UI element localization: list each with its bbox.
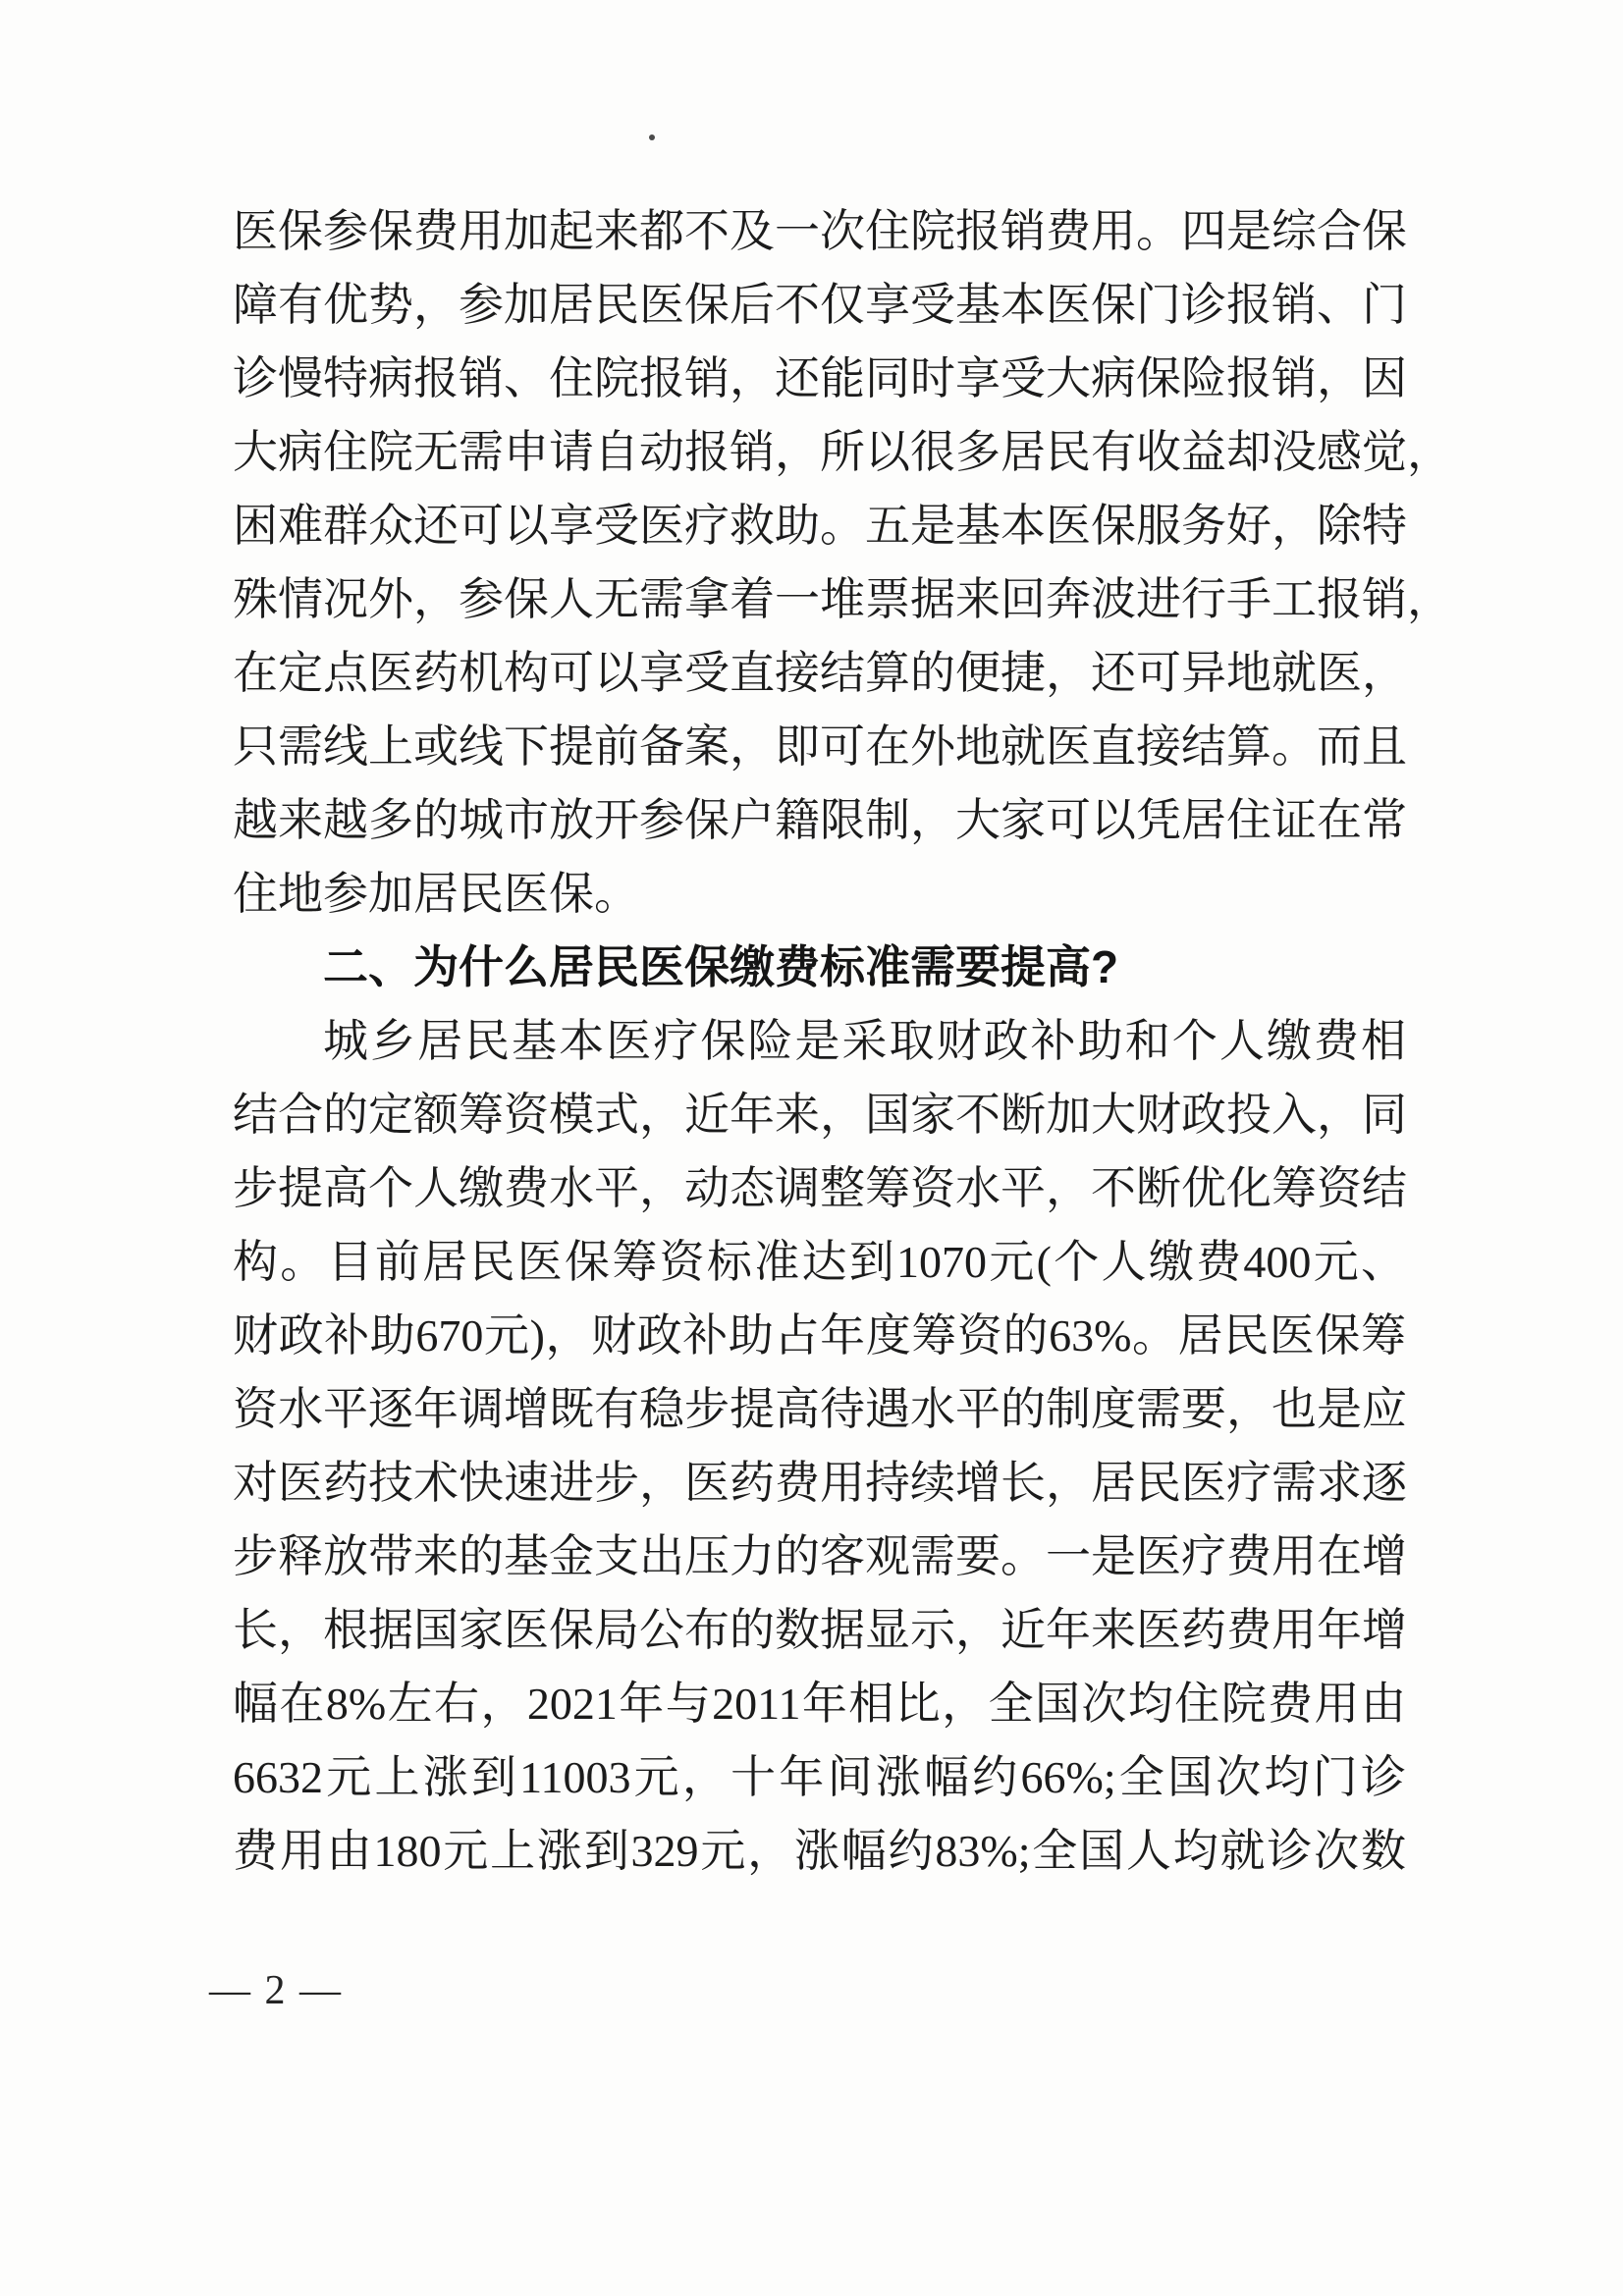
text-line: 资水平逐年调增既有稳步提高待遇水平的制度需要，也是应 xyxy=(233,1372,1406,1446)
text-line: 越来越多的城市放开参保户籍限制，大家可以凭居住证在常 xyxy=(233,783,1406,857)
text-line: 长，根据国家医保局公布的数据显示，近年来医药费用年增 xyxy=(233,1593,1406,1667)
text-line: 殊情况外，参保人无需拿着一堆票据来回奔波进行手工报销， xyxy=(233,562,1406,636)
text-line: 费用由180元上涨到329元，涨幅约83%;全国人均就诊次数 xyxy=(233,1814,1406,1888)
text-line: 结合的定额筹资模式，近年来，国家不断加大财政投入，同 xyxy=(233,1078,1406,1151)
text-line: 医保参保费用加起来都不及一次住院报销费用。四是综合保 xyxy=(233,194,1406,268)
text-line: 住地参加居民医保。 xyxy=(233,857,1406,931)
text-line: 城乡居民基本医疗保险是采取财政补助和个人缴费相 xyxy=(233,1004,1406,1078)
page-number: — 2 — xyxy=(209,1967,343,2014)
text-line: 6632元上涨到11003元，十年间涨幅约66%;全国次均门诊 xyxy=(233,1740,1406,1814)
text-line: 步释放带来的基金支出压力的客观需要。一是医疗费用在增 xyxy=(233,1520,1406,1593)
document-body: 医保参保费用加起来都不及一次住院报销费用。四是综合保 障有优势，参加居民医保后不… xyxy=(233,194,1406,1888)
text-line: 障有优势，参加居民医保后不仅享受基本医保门诊报销、门 xyxy=(233,268,1406,342)
text-line: 诊慢特病报销、住院报销，还能同时享受大病保险报销，因 xyxy=(233,342,1406,415)
text-line: 幅在8%左右，2021年与2011年相比，全国次均住院费用由 xyxy=(233,1667,1406,1740)
text-line: 只需线上或线下提前备案，即可在外地就医直接结算。而且 xyxy=(233,710,1406,783)
text-line: 财政补助670元)，财政补助占年度筹资的63%。居民医保筹 xyxy=(233,1299,1406,1372)
section-heading: 二、为什么居民医保缴费标准需要提高? xyxy=(233,931,1406,1004)
text-line: 困难群众还可以享受医疗救助。五是基本医保服务好，除特 xyxy=(233,489,1406,562)
text-line: 步提高个人缴费水平，动态调整筹资水平，不断优化筹资结 xyxy=(233,1151,1406,1225)
scan-artifact-dot xyxy=(649,134,655,140)
text-line: 大病住院无需申请自动报销，所以很多居民有收益却没感觉， xyxy=(233,415,1406,489)
document-page: 医保参保费用加起来都不及一次住院报销费用。四是综合保 障有优势，参加居民医保后不… xyxy=(0,0,1623,2296)
text-line: 在定点医药机构可以享受直接结算的便捷，还可异地就医， xyxy=(233,636,1406,710)
text-line: 对医药技术快速进步，医药费用持续增长，居民医疗需求逐 xyxy=(233,1446,1406,1520)
text-line: 构。目前居民医保筹资标准达到1070元(个人缴费400元、 xyxy=(233,1225,1406,1299)
